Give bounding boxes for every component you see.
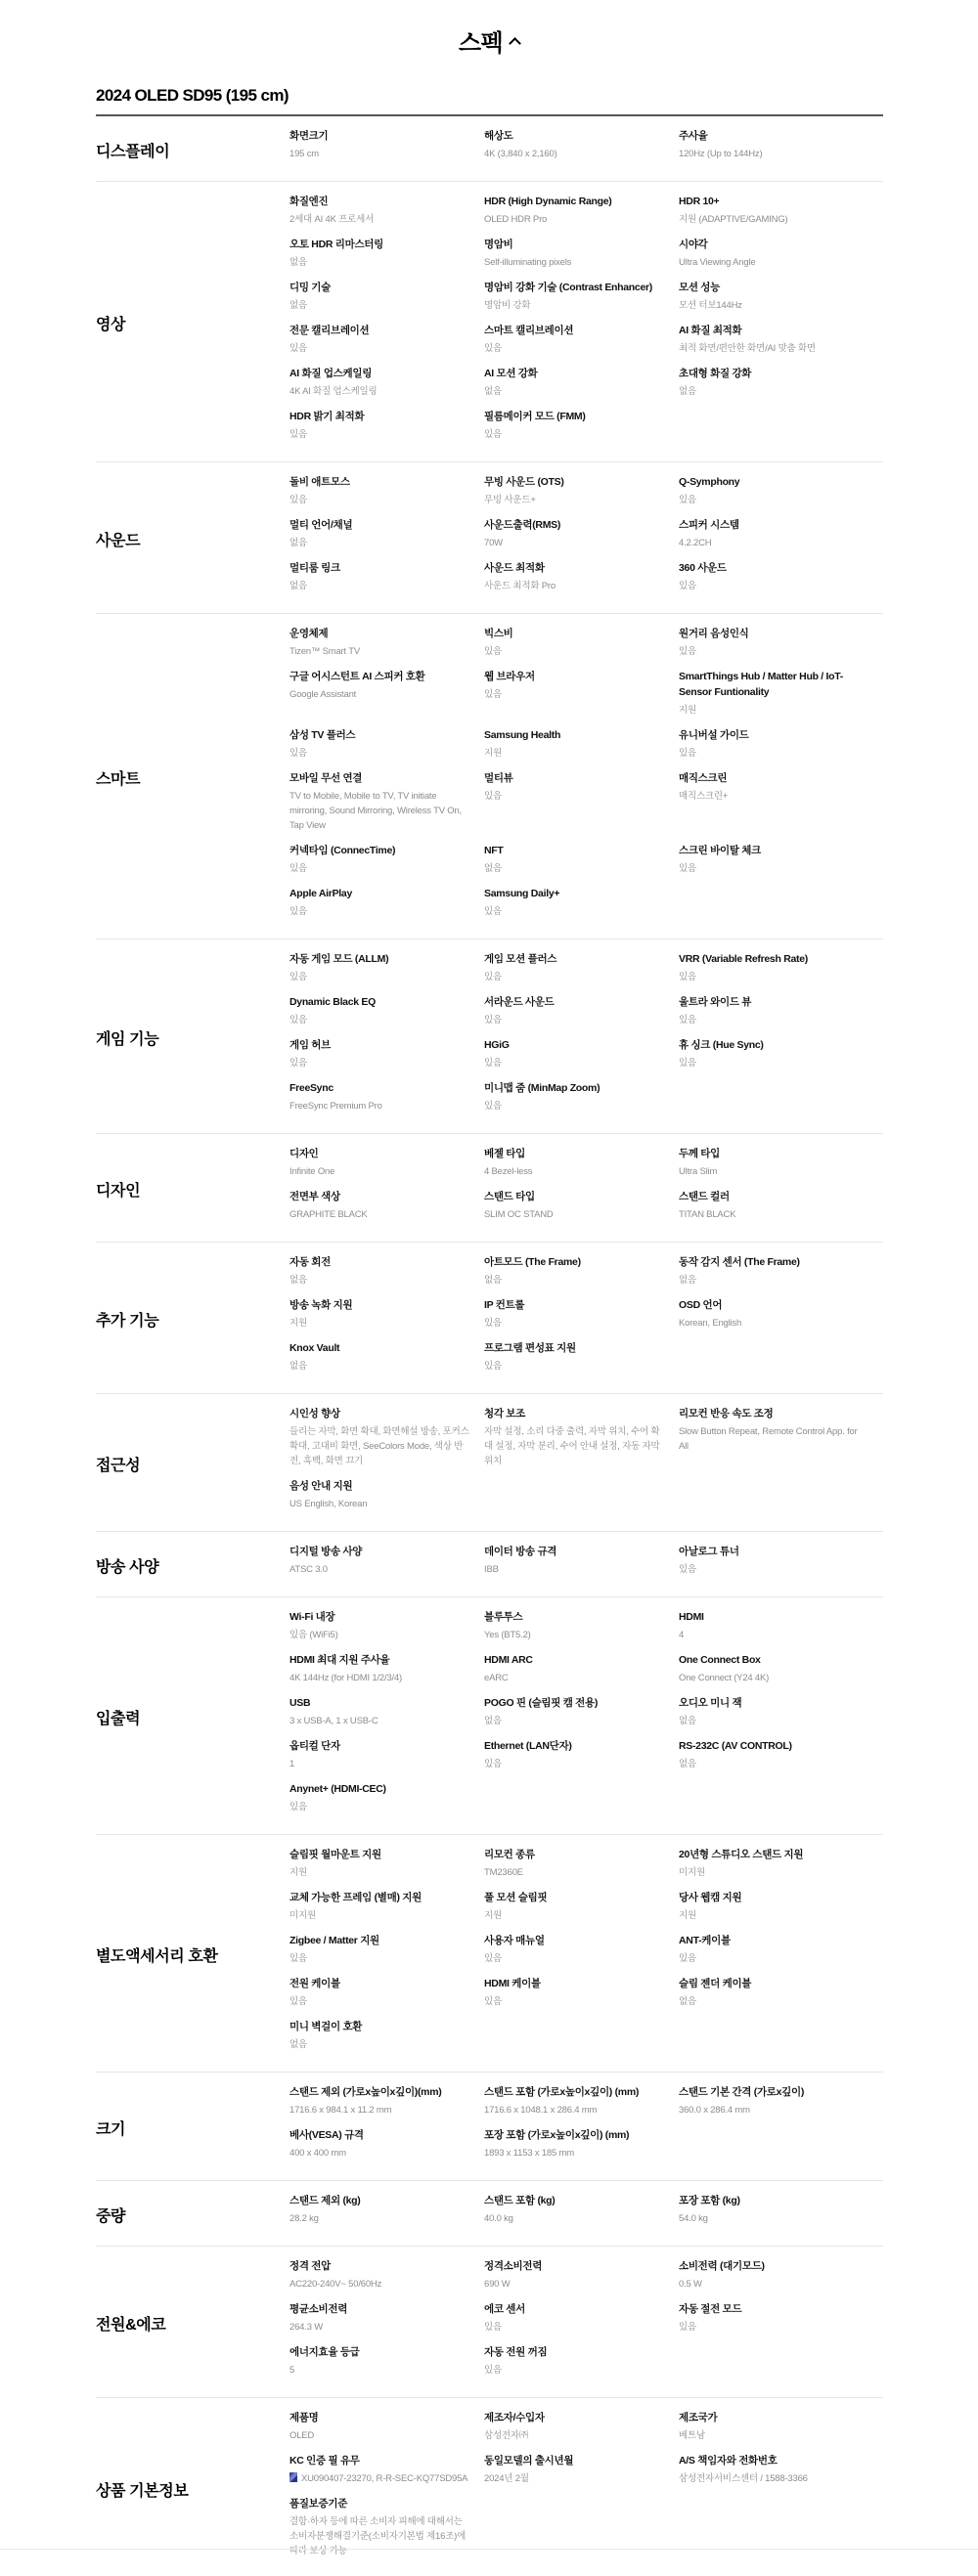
spec-item-value: 없음 (484, 1714, 665, 1728)
spec-item-label: 해상도 (484, 128, 665, 144)
spec-item: 삼성 TV 플러스있음 (289, 727, 484, 770)
spec-item-value: 있음 (289, 861, 470, 876)
spec-item: 매직스크린매직스크린+ (679, 770, 874, 843)
spec-item-value: 264.3 W (289, 2320, 470, 2335)
spec-item-label: 멀티뷰 (484, 770, 665, 786)
spec-group-items: 화면크기195 cm해상도4K (3,840 x 2,160)주사율120Hz … (289, 128, 883, 171)
spec-group-items: 화질엔진2세대 AI 4K 프로세서HDR (High Dynamic Rang… (289, 194, 883, 452)
spec-item-value: TM2360E (484, 1865, 665, 1880)
spec-item-label: 에코 센서 (484, 2301, 665, 2317)
spec-item-label: 무빙 사운드 (OTS) (484, 474, 665, 490)
spec-item-value: 1893 x 1153 x 185 mm (484, 2146, 665, 2161)
spec-item: 당사 웹캠 지원지원 (679, 1890, 874, 1933)
spec-item-value: 지원 (679, 703, 861, 718)
spec-item: 교체 가능한 프레임 (별매) 지원미지원 (289, 1890, 484, 1933)
spec-item: 유니버설 가이드있음 (679, 727, 874, 770)
spec-item-label: KC 인증 필 유무 (289, 2453, 470, 2468)
spec-item: 스크린 바이탈 체크있음 (679, 843, 874, 886)
spec-item-value: 명암비 강화 (484, 298, 665, 313)
spec-item-label: POGO 핀 (슬림핏 캠 전용) (484, 1695, 665, 1711)
spec-item: Apple AirPlay있음 (289, 886, 484, 929)
spec-item-value: 1716.6 x 1048.1 x 286.4 mm (484, 2103, 665, 2118)
spec-table: 디스플레이화면크기195 cm해상도4K (3,840 x 2,160)주사율1… (96, 114, 883, 2576)
spec-group: 접근성시인성 향상들리는 자막, 화면 확대, 화면해설 방송, 포커스 확대,… (96, 1394, 883, 1532)
spec-item-label: 명암비 강화 기술 (Contrast Enhancer) (484, 280, 665, 295)
chevron-up-icon[interactable] (509, 37, 521, 50)
spec-item-value: Korean, English (679, 1316, 861, 1331)
spec-item-label: 블루투스 (484, 1609, 665, 1625)
spec-item: Anynet+ (HDMI-CEC)있음 (289, 1781, 484, 1824)
spec-item-value: 없음 (679, 1757, 861, 1771)
spec-item-value: 120Hz (Up to 144Hz) (679, 147, 861, 161)
spec-item-label: 자동 전원 꺼짐 (484, 2344, 665, 2360)
spec-item-label: 운영체제 (289, 626, 470, 641)
spec-item: 자동 절전 모드있음 (679, 2301, 874, 2344)
spec-group-title: 게임 기능 (96, 951, 289, 1123)
spec-item-value: 없음 (289, 536, 470, 550)
spec-item-label: 제조자/수입자 (484, 2410, 665, 2425)
spec-group-items: 제품명OLED제조자/수입자삼성전자㈜제조국가베트남KC 인증 필 유무XU09… (289, 2410, 883, 2568)
spec-item: 리모컨 반응 속도 조정Slow Button Repeat, Remote C… (679, 1406, 874, 1478)
spec-item: 에코 센서있음 (484, 2301, 679, 2344)
spec-item-value: eARC (484, 1671, 665, 1685)
spec-item-value: 없음 (484, 384, 665, 399)
spec-item: 미니 벽걸이 호환없음 (289, 2019, 484, 2062)
spec-group: 중량스탠드 제외 (kg)28.2 kg스탠드 포함 (kg)40.0 kg포장… (96, 2181, 883, 2247)
spec-item-label: 제조국가 (679, 2410, 861, 2425)
spec-item-value: 결함·하자 등에 따른 소비자 피해에 대해서는 소비자분쟁해결기준(소비자기본… (289, 2514, 470, 2558)
spec-item: A/S 책임자와 전화번호삼성전자서비스센터 / 1588-3366 (679, 2453, 874, 2496)
spec-item-value: 있음 (679, 644, 861, 659)
spec-item-label: ANT-케이블 (679, 1933, 861, 1948)
spec-item-label: 아트모드 (The Frame) (484, 1254, 665, 1270)
spec-item: 평균소비전력264.3 W (289, 2301, 484, 2344)
spec-item: 동작 감지 센서 (The Frame)없음 (679, 1254, 874, 1297)
spec-item: 포장 포함 (가로x높이x깊이) (mm)1893 x 1153 x 185 m… (484, 2127, 679, 2170)
spec-item-value: 있음 (484, 2363, 665, 2378)
spec-item-label: 오디오 미니 잭 (679, 1695, 861, 1711)
spec-item-value-text: XU090407-23270, R-R-SEC-KQ77SD95A (301, 2473, 467, 2484)
spec-item-value: 4K AI 화질 업스케일링 (289, 384, 470, 399)
spec-group: 영상화질엔진2세대 AI 4K 프로세서HDR (High Dynamic Ra… (96, 182, 883, 462)
spec-group-items: 디자인Infinite One베젤 타입4 Bezel-less두께 타입Ult… (289, 1146, 883, 1232)
spec-item-value: 있음 (289, 1951, 470, 1966)
spec-item: 휴 싱크 (Hue Sync)있음 (679, 1037, 874, 1080)
spec-item-value: Ultra Viewing Angle (679, 255, 861, 270)
spec-item-value: 있음 (679, 493, 861, 507)
spec-item-label: 화질엔진 (289, 194, 470, 209)
spec-group: 입출력Wi-Fi 내장있음 (WiFi5)블루투스Yes (BT5.2)HDMI… (96, 1597, 883, 1835)
spec-item-label: 에너지효율 등급 (289, 2344, 470, 2360)
spec-item-value: 있음 (289, 493, 470, 507)
spec-item-value: 삼성전자서비스센터 / 1588-3366 (679, 2471, 861, 2486)
spec-item: 멀티룸 링크없음 (289, 560, 484, 603)
spec-item: 무빙 사운드 (OTS)무빙 사운드+ (484, 474, 679, 517)
spec-item-label: 두께 타입 (679, 1146, 861, 1161)
spec-item: 멀티뷰있음 (484, 770, 679, 843)
spec-item-value: 3 x USB-A, 1 x USB-C (289, 1714, 470, 1728)
spec-item: 멀티 언어/채널없음 (289, 517, 484, 560)
spec-item: 빅스비있음 (484, 626, 679, 669)
spec-item-label: 모바일 무선 연결 (289, 770, 470, 786)
spec-item-label: 디지털 방송 사양 (289, 1544, 470, 1559)
spec-item: HGiG있음 (484, 1037, 679, 1080)
bottom-divider (0, 2549, 978, 2550)
spec-item-value: 들리는 자막, 화면 확대, 화면해설 방송, 포커스 확대, 고대비 화면, … (289, 1424, 470, 1468)
spec-item-label: 전원 케이블 (289, 1976, 470, 1991)
spec-item: 디자인Infinite One (289, 1146, 484, 1189)
spec-item-value: 있음 (484, 970, 665, 984)
spec-item-value: 모션 터보144Hz (679, 298, 861, 313)
spec-group: 방송 사양디지털 방송 사양ATSC 3.0데이터 방송 규격IBB아날로그 튜… (96, 1532, 883, 1597)
spec-item-label: Anynet+ (HDMI-CEC) (289, 1781, 470, 1797)
spec-item-value: 없음 (289, 579, 470, 593)
spec-item-value: 있음 (289, 427, 470, 442)
spec-item-label: 베사(VESA) 규격 (289, 2127, 470, 2143)
spec-item-label: HDMI ARC (484, 1652, 665, 1668)
spec-item-value: One Connect (Y24 4K) (679, 1671, 861, 1685)
spec-group-items: 운영체제Tizen™ Smart TV빅스비있음원거리 음성인식있음구글 어시스… (289, 626, 883, 929)
spec-item-value: 70W (484, 536, 665, 550)
spec-item-label: 모션 성능 (679, 280, 861, 295)
spec-item: FreeSyncFreeSync Premium Pro (289, 1080, 484, 1123)
spec-item-label: 포장 포함 (가로x높이x깊이) (mm) (484, 2127, 665, 2143)
spec-item-value: 1 (289, 1757, 470, 1771)
spec-item-label: 360 사운드 (679, 560, 861, 576)
spec-item-value: 없음 (679, 1273, 861, 1288)
spec-item-label: 스탠드 포함 (가로x높이x깊이) (mm) (484, 2084, 665, 2100)
spec-group: 디자인디자인Infinite One베젤 타입4 Bezel-less두께 타입… (96, 1134, 883, 1243)
spec-item-value: 195 cm (289, 147, 470, 161)
spec-heading: 스펙 (459, 23, 503, 58)
spec-item-value: 지원 (289, 1316, 470, 1331)
spec-item-label: 소비전력 (대기모드) (679, 2258, 861, 2274)
spec-item: 명암비 강화 기술 (Contrast Enhancer)명암비 강화 (484, 280, 679, 323)
spec-item-value: 지원 (289, 1865, 470, 1880)
spec-item-value: 지원 (ADAPTIVE/GAMING) (679, 212, 861, 227)
spec-item-label: 멀티룸 링크 (289, 560, 470, 576)
spec-item: 스마트 캘리브레이션있음 (484, 323, 679, 366)
spec-item-label: 옵티컬 단자 (289, 1738, 470, 1754)
spec-item-value: 있음 (679, 1013, 861, 1027)
spec-item-value: US English, Korean (289, 1497, 470, 1511)
spec-item: Samsung Daily+있음 (484, 886, 679, 929)
spec-item-value: 400 x 400 mm (289, 2146, 470, 2161)
spec-item-value: 있음 (484, 1099, 665, 1113)
spec-group-items: Wi-Fi 내장있음 (WiFi5)블루투스Yes (BT5.2)HDMI4HD… (289, 1609, 883, 1824)
spec-item-label: 20년형 스튜디오 스탠드 지원 (679, 1847, 861, 1862)
spec-item-value: 없음 (289, 255, 470, 270)
spec-item-label: 품질보증기준 (289, 2496, 470, 2511)
spec-item: 베젤 타입4 Bezel-less (484, 1146, 679, 1189)
spec-group-title: 상품 기본정보 (96, 2410, 289, 2568)
spec-group-items: 디지털 방송 사양ATSC 3.0데이터 방송 규격IBB아날로그 튜너있음 (289, 1544, 883, 1587)
spec-item-value: 매직스크린+ (679, 789, 861, 804)
spec-item-value: 있음 (484, 687, 665, 702)
spec-item: 운영체제Tizen™ Smart TV (289, 626, 484, 669)
spec-item: 품질보증기준결함·하자 등에 따른 소비자 피해에 대해서는 소비자분쟁해결기준… (289, 2496, 484, 2568)
spec-item-label: 명암비 (484, 237, 665, 252)
spec-item-value: OLED HDR Pro (484, 212, 665, 227)
spec-item: 스탠드 타입SLIM OC STAND (484, 1189, 679, 1232)
spec-item-label: HDMI (679, 1609, 861, 1625)
spec-item-value: 28.2 kg (289, 2211, 470, 2226)
spec-item: 오토 HDR 리마스터링없음 (289, 237, 484, 280)
spec-item-label: RS-232C (AV CONTROL) (679, 1738, 861, 1754)
spec-item: Q-Symphony있음 (679, 474, 874, 517)
spec-item-value: 없음 (679, 384, 861, 399)
spec-item: 포장 포함 (kg)54.0 kg (679, 2193, 874, 2236)
spec-item-value: 360.0 x 286.4 mm (679, 2103, 861, 2118)
spec-item: 슬림핏 월마운트 지원지원 (289, 1847, 484, 1890)
spec-item-label: One Connect Box (679, 1652, 861, 1668)
spec-item: 에너지효율 등급5 (289, 2344, 484, 2387)
spec-item: POGO 핀 (슬림핏 캠 전용)없음 (484, 1695, 679, 1738)
spec-item-label: 돌비 애트모스 (289, 474, 470, 490)
spec-item: 스피커 시스템4.2.2CH (679, 517, 874, 560)
spec-item: 소비전력 (대기모드)0.5 W (679, 2258, 874, 2301)
spec-item-label: Knox Vault (289, 1340, 470, 1356)
spec-item-label: HDR 10+ (679, 194, 861, 209)
spec-item-value: 2024년 2월 (484, 2471, 665, 2486)
spec-group: 사운드돌비 애트모스있음무빙 사운드 (OTS)무빙 사운드+Q-Symphon… (96, 462, 883, 614)
spec-item: HDR (High Dynamic Range)OLED HDR Pro (484, 194, 679, 237)
spec-group-title: 디스플레이 (96, 128, 289, 171)
spec-item-label: 구글 어시스턴트 AI 스피커 호환 (289, 669, 470, 684)
spec-item-label: 웹 브라우저 (484, 669, 665, 684)
spec-item: 웹 브라우저있음 (484, 669, 679, 727)
spec-item-label: 아날로그 튜너 (679, 1544, 861, 1559)
spec-item-label: 스탠드 컬러 (679, 1189, 861, 1204)
spec-item-label: 사운드 최적화 (484, 560, 665, 576)
spec-item-label: 동일모델의 출시년월 (484, 2453, 665, 2468)
spec-item: KC 인증 필 유무XU090407-23270, R-R-SEC-KQ77SD… (289, 2453, 484, 2496)
spec-item: 사운드출력(RMS)70W (484, 517, 679, 560)
spec-item: One Connect BoxOne Connect (Y24 4K) (679, 1652, 874, 1695)
spec-item-value: 있음 (289, 1013, 470, 1027)
spec-item-label: 디자인 (289, 1146, 470, 1161)
spec-item-value: 있음 (289, 1994, 470, 2009)
spec-item-value: 2세대 AI 4K 프로세서 (289, 212, 470, 227)
spec-item: AI 모션 강화없음 (484, 366, 679, 409)
spec-group: 추가 기능자동 회전없음아트모드 (The Frame)없음동작 감지 센서 (… (96, 1243, 883, 1394)
spec-item: 원거리 음성인식있음 (679, 626, 874, 669)
spec-item-value: 지원 (484, 746, 665, 761)
spec-item-label: HDR 밝기 최적화 (289, 409, 470, 424)
spec-item-value: GRAPHITE BLACK (289, 1207, 470, 1222)
spec-item-label: 스마트 캘리브레이션 (484, 323, 665, 338)
spec-item-label: 울트라 와이드 뷰 (679, 994, 861, 1010)
spec-item-value: 미지원 (289, 1908, 470, 1923)
spec-item-value: TV to Mobile, Mobile to TV, TV initiate … (289, 789, 470, 833)
spec-item: OSD 언어Korean, English (679, 1297, 874, 1340)
spec-item-label: HDMI 최대 지원 주사율 (289, 1652, 470, 1668)
spec-group-title: 사운드 (96, 474, 289, 603)
spec-item-label: 스탠드 기본 간격 (가로x깊이) (679, 2084, 861, 2100)
spec-item-value: 있음 (484, 1951, 665, 1966)
spec-item-label: 디밍 기술 (289, 280, 470, 295)
spec-item-label: 스탠드 제외 (kg) (289, 2193, 470, 2208)
spec-item-label: 스크린 바이탈 체크 (679, 843, 861, 858)
spec-item: 오디오 미니 잭없음 (679, 1695, 874, 1738)
spec-item-label: Q-Symphony (679, 474, 861, 490)
spec-item-label: A/S 책임자와 전화번호 (679, 2453, 861, 2468)
spec-group-title: 입출력 (96, 1609, 289, 1824)
spec-item: 자동 게임 모드 (ALLM)있음 (289, 951, 484, 994)
spec-item-value: 있음 (484, 1757, 665, 1771)
spec-item-label: AI 화질 최적화 (679, 323, 861, 338)
spec-item: 정격소비전력690 W (484, 2258, 679, 2301)
spec-item-value: TITAN BLACK (679, 1207, 861, 1222)
spec-item: 360 사운드있음 (679, 560, 874, 603)
spec-item: 전면부 색상GRAPHITE BLACK (289, 1189, 484, 1232)
spec-item-label: 전문 캘리브레이션 (289, 323, 470, 338)
spec-item: Knox Vault없음 (289, 1340, 484, 1383)
spec-group-title: 접근성 (96, 1406, 289, 1521)
spec-item: 20년형 스튜디오 스탠드 지원미지원 (679, 1847, 874, 1890)
spec-item-value: IBB (484, 1562, 665, 1577)
spec-item: HDMI 최대 지원 주사율4K 144Hz (for HDMI 1/2/3/4… (289, 1652, 484, 1695)
spec-item-value: AC220-240V~ 50/60Hz (289, 2277, 470, 2292)
spec-item-label: 멀티 언어/채널 (289, 517, 470, 533)
spec-item-value: 있음 (679, 2320, 861, 2335)
spec-item: 서라운드 사운드있음 (484, 994, 679, 1037)
spec-item-value: 지원 (484, 1908, 665, 1923)
spec-item-value: 1716.6 x 984.1 x 11.2 mm (289, 2103, 470, 2118)
spec-item-label: 스탠드 제외 (가로x높이x깊이)(mm) (289, 2084, 470, 2100)
spec-item-label: 음성 안내 지원 (289, 1478, 470, 1494)
spec-item-label: 사용자 매뉴얼 (484, 1933, 665, 1948)
spec-item-label: VRR (Variable Refresh Rate) (679, 951, 861, 967)
spec-group: 게임 기능자동 게임 모드 (ALLM)있음게임 모션 플러스있음VRR (Va… (96, 939, 883, 1134)
spec-item: 미니맵 줌 (MinMap Zoom)있음 (484, 1080, 679, 1123)
spec-item-value: 있음 (289, 1056, 470, 1070)
spec-item: 정격 전압AC220-240V~ 50/60Hz (289, 2258, 484, 2301)
spec-item-value: 있음 (289, 904, 470, 919)
spec-group-items: 자동 게임 모드 (ALLM)있음게임 모션 플러스있음VRR (Variabl… (289, 951, 883, 1123)
spec-item-label: 서라운드 사운드 (484, 994, 665, 1010)
spec-group-title: 전원&에코 (96, 2258, 289, 2387)
spec-item: 스탠드 컬러TITAN BLACK (679, 1189, 874, 1232)
spec-item-value: 최적 화면/편안한 화면/AI 맞춤 화면 (679, 341, 861, 356)
spec-item-label: 미니 벽걸이 호환 (289, 2019, 470, 2034)
spec-item: IP 컨트롤있음 (484, 1297, 679, 1340)
spec-item: 주사율120Hz (Up to 144Hz) (679, 128, 874, 171)
spec-item: 방송 녹화 지원지원 (289, 1297, 484, 1340)
spec-item-label: 유니버설 가이드 (679, 727, 861, 743)
spec-group: 별도액세서리 호환슬림핏 월마운트 지원지원리모컨 종류TM2360E20년형 … (96, 1835, 883, 2073)
spec-item-label: 자동 절전 모드 (679, 2301, 861, 2317)
spec-item-label: 리모컨 종류 (484, 1847, 665, 1862)
spec-item-value: 4 Bezel-less (484, 1164, 665, 1179)
spec-toggle-button[interactable]: 스펙 (0, 23, 978, 58)
spec-item-value: 베트남 (679, 2428, 861, 2443)
spec-item-label: 스피커 시스템 (679, 517, 861, 533)
spec-item-value: 없음 (289, 298, 470, 313)
spec-item: Dynamic Black EQ있음 (289, 994, 484, 1037)
spec-item: HDR 10+지원 (ADAPTIVE/GAMING) (679, 194, 874, 237)
spec-item-label: USB (289, 1695, 470, 1711)
spec-item-value: 있음 (289, 746, 470, 761)
spec-item: 전원 케이블있음 (289, 1976, 484, 2019)
spec-item-value: 0.5 W (679, 2277, 861, 2292)
spec-group-items: 시인성 향상들리는 자막, 화면 확대, 화면해설 방송, 포커스 확대, 고대… (289, 1406, 883, 1521)
spec-item-value: FreeSync Premium Pro (289, 1099, 470, 1113)
spec-item: 음성 안내 지원US English, Korean (289, 1478, 484, 1521)
spec-item-label: 오토 HDR 리마스터링 (289, 237, 470, 252)
spec-item-value: 있음 (484, 904, 665, 919)
spec-group-title: 영상 (96, 194, 289, 452)
spec-item-label: FreeSync (289, 1080, 470, 1096)
spec-item-value: 있음 (484, 1013, 665, 1027)
spec-group-items: 정격 전압AC220-240V~ 50/60Hz정격소비전력690 W소비전력 … (289, 2258, 883, 2387)
spec-item: 화면크기195 cm (289, 128, 484, 171)
spec-item-label: 사운드출력(RMS) (484, 517, 665, 533)
spec-item: 사운드 최적화사운드 최적화 Pro (484, 560, 679, 603)
spec-page: 스펙 2024 OLED SD95 (195 cm) 디스플레이화면크기195 … (0, 0, 978, 2576)
spec-item-label: 시야각 (679, 237, 861, 252)
spec-item-label: 필름메이커 모드 (FMM) (484, 409, 665, 424)
spec-item-value: 4.2.2CH (679, 536, 861, 550)
spec-item-value: 있음 (679, 1562, 861, 1577)
spec-item-value: 삼성전자㈜ (484, 2428, 665, 2443)
spec-item-label: HGiG (484, 1037, 665, 1053)
spec-item-label: 원거리 음성인식 (679, 626, 861, 641)
spec-item-value: Ultra Slim (679, 1164, 861, 1179)
spec-item: Wi-Fi 내장있음 (WiFi5) (289, 1609, 484, 1652)
spec-group-items: 자동 회전없음아트모드 (The Frame)없음동작 감지 센서 (The F… (289, 1254, 883, 1383)
spec-item-value: 있음 (679, 746, 861, 761)
spec-item-value: 있음 (679, 1056, 861, 1070)
spec-item-label: 교체 가능한 프레임 (별매) 지원 (289, 1890, 470, 1905)
spec-item: RS-232C (AV CONTROL)없음 (679, 1738, 874, 1781)
spec-item: 커넥타임 (ConnecTime)있음 (289, 843, 484, 886)
spec-item: 시야각Ultra Viewing Angle (679, 237, 874, 280)
spec-item: 데이터 방송 규격IBB (484, 1544, 679, 1587)
spec-item-value: Self-illuminating pixels (484, 255, 665, 270)
spec-item-value: 없음 (679, 1994, 861, 2009)
spec-item-label: 주사율 (679, 128, 861, 144)
spec-item-value: 없음 (484, 1273, 665, 1288)
spec-item: 자동 전원 꺼짐있음 (484, 2344, 679, 2387)
spec-item-label: 삼성 TV 플러스 (289, 727, 470, 743)
spec-item-value: 5 (289, 2363, 470, 2378)
spec-group: 디스플레이화면크기195 cm해상도4K (3,840 x 2,160)주사율1… (96, 116, 883, 182)
spec-group-title: 방송 사양 (96, 1544, 289, 1587)
spec-group: 전원&에코정격 전압AC220-240V~ 50/60Hz정격소비전력690 W… (96, 2247, 883, 2398)
spec-group: 스마트운영체제Tizen™ Smart TV빅스비있음원거리 음성인식있음구글 … (96, 614, 883, 939)
spec-item-label: 시인성 향상 (289, 1406, 470, 1421)
spec-item: 게임 허브있음 (289, 1037, 484, 1080)
spec-group: 크기스탠드 제외 (가로x높이x깊이)(mm)1716.6 x 984.1 x … (96, 2073, 883, 2181)
spec-item-value: 있음 (289, 341, 470, 356)
spec-item-label: 청각 보조 (484, 1406, 665, 1421)
spec-item-value: 있음 (484, 2320, 665, 2335)
spec-item: 모션 성능모션 터보144Hz (679, 280, 874, 323)
spec-item: 게임 모션 플러스있음 (484, 951, 679, 994)
spec-item-label: 초대형 화질 강화 (679, 366, 861, 381)
spec-item-value: 있음 (484, 1056, 665, 1070)
spec-item: 블루투스Yes (BT5.2) (484, 1609, 679, 1652)
spec-item-label: 빅스비 (484, 626, 665, 641)
spec-item-value: 54.0 kg (679, 2211, 861, 2226)
spec-item: 모바일 무선 연결TV to Mobile, Mobile to TV, TV … (289, 770, 484, 843)
spec-item-value: 4K (3,840 x 2,160) (484, 147, 665, 161)
spec-item: 필름메이커 모드 (FMM)있음 (484, 409, 679, 452)
spec-item-label: 제품명 (289, 2410, 470, 2425)
spec-item: Ethernet (LAN단자)있음 (484, 1738, 679, 1781)
spec-item-label: 슬림 젠더 케이블 (679, 1976, 861, 1991)
